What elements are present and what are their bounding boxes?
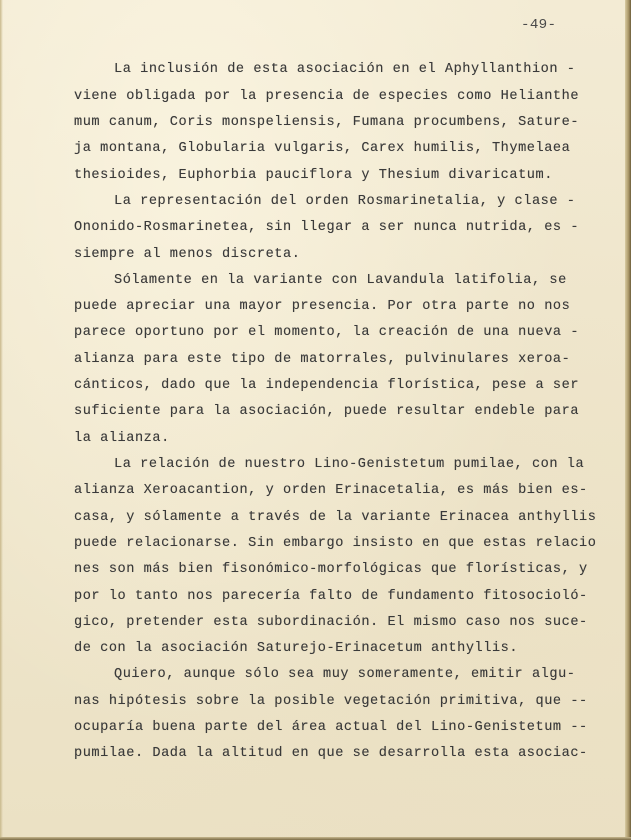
text-line: puede relacionarse. Sin embargo insisto … (74, 536, 596, 551)
page-number: -49- (521, 17, 556, 33)
text-line: thesioides, Euphorbia pauciflora y Thesi… (74, 168, 553, 183)
text-line: alianza Xeroacantion, y orden Erinacetal… (74, 483, 588, 498)
text-line: parece oportuno por el momento, la creac… (74, 325, 579, 340)
text-line: mum canum, Coris monspeliensis, Fumana p… (74, 115, 579, 130)
text-line: casa, y sólamente a través de la variant… (74, 510, 596, 525)
text-line: viene obligada por la presencia de espec… (74, 89, 579, 104)
text-line: de con la asociación Saturejo-Erinacetum… (74, 641, 518, 656)
text-line: nes son más bien fisonómico-morfológicas… (74, 562, 588, 577)
text-line: ja montana, Globularia vulgaris, Carex h… (74, 141, 570, 156)
text-line: siempre al menos discreta. (74, 247, 300, 262)
text-line: Quiero, aunque sólo sea muy someramente,… (114, 667, 576, 682)
paper-edge-right (625, 0, 631, 840)
document-page: -49- La inclusión de esta asociación en … (0, 0, 631, 840)
text-line: suficiente para la asociación, puede res… (74, 404, 579, 419)
text-line: la alianza. (74, 431, 170, 446)
text-line: Ononido-Rosmarinetea, sin llegar a ser n… (74, 220, 579, 235)
text-line: Sólamente en la variante con Lavandula l… (114, 273, 567, 288)
text-line: La inclusión de esta asociación en el Ap… (114, 62, 576, 77)
text-line: ocuparía buena parte del área actual del… (74, 720, 588, 735)
text-line: La representación del orden Rosmarinetal… (114, 194, 576, 209)
text-line: alianza para este tipo de matorrales, pu… (74, 352, 570, 367)
text-line: puede apreciar una mayor presencia. Por … (74, 299, 570, 314)
text-line: nas hipótesis sobre la posible vegetació… (74, 694, 588, 709)
paper-edge-left (0, 0, 3, 840)
text-line: La relación de nuestro Lino-Genistetum p… (114, 457, 584, 472)
text-line: cánticos, dado que la independencia flor… (74, 378, 579, 393)
text-line: por lo tanto nos parecería falto de fund… (74, 589, 588, 604)
text-line: gico, pretender esta subordinación. El m… (74, 615, 588, 630)
text-line: pumilae. Dada la altitud en que se desar… (74, 746, 588, 761)
